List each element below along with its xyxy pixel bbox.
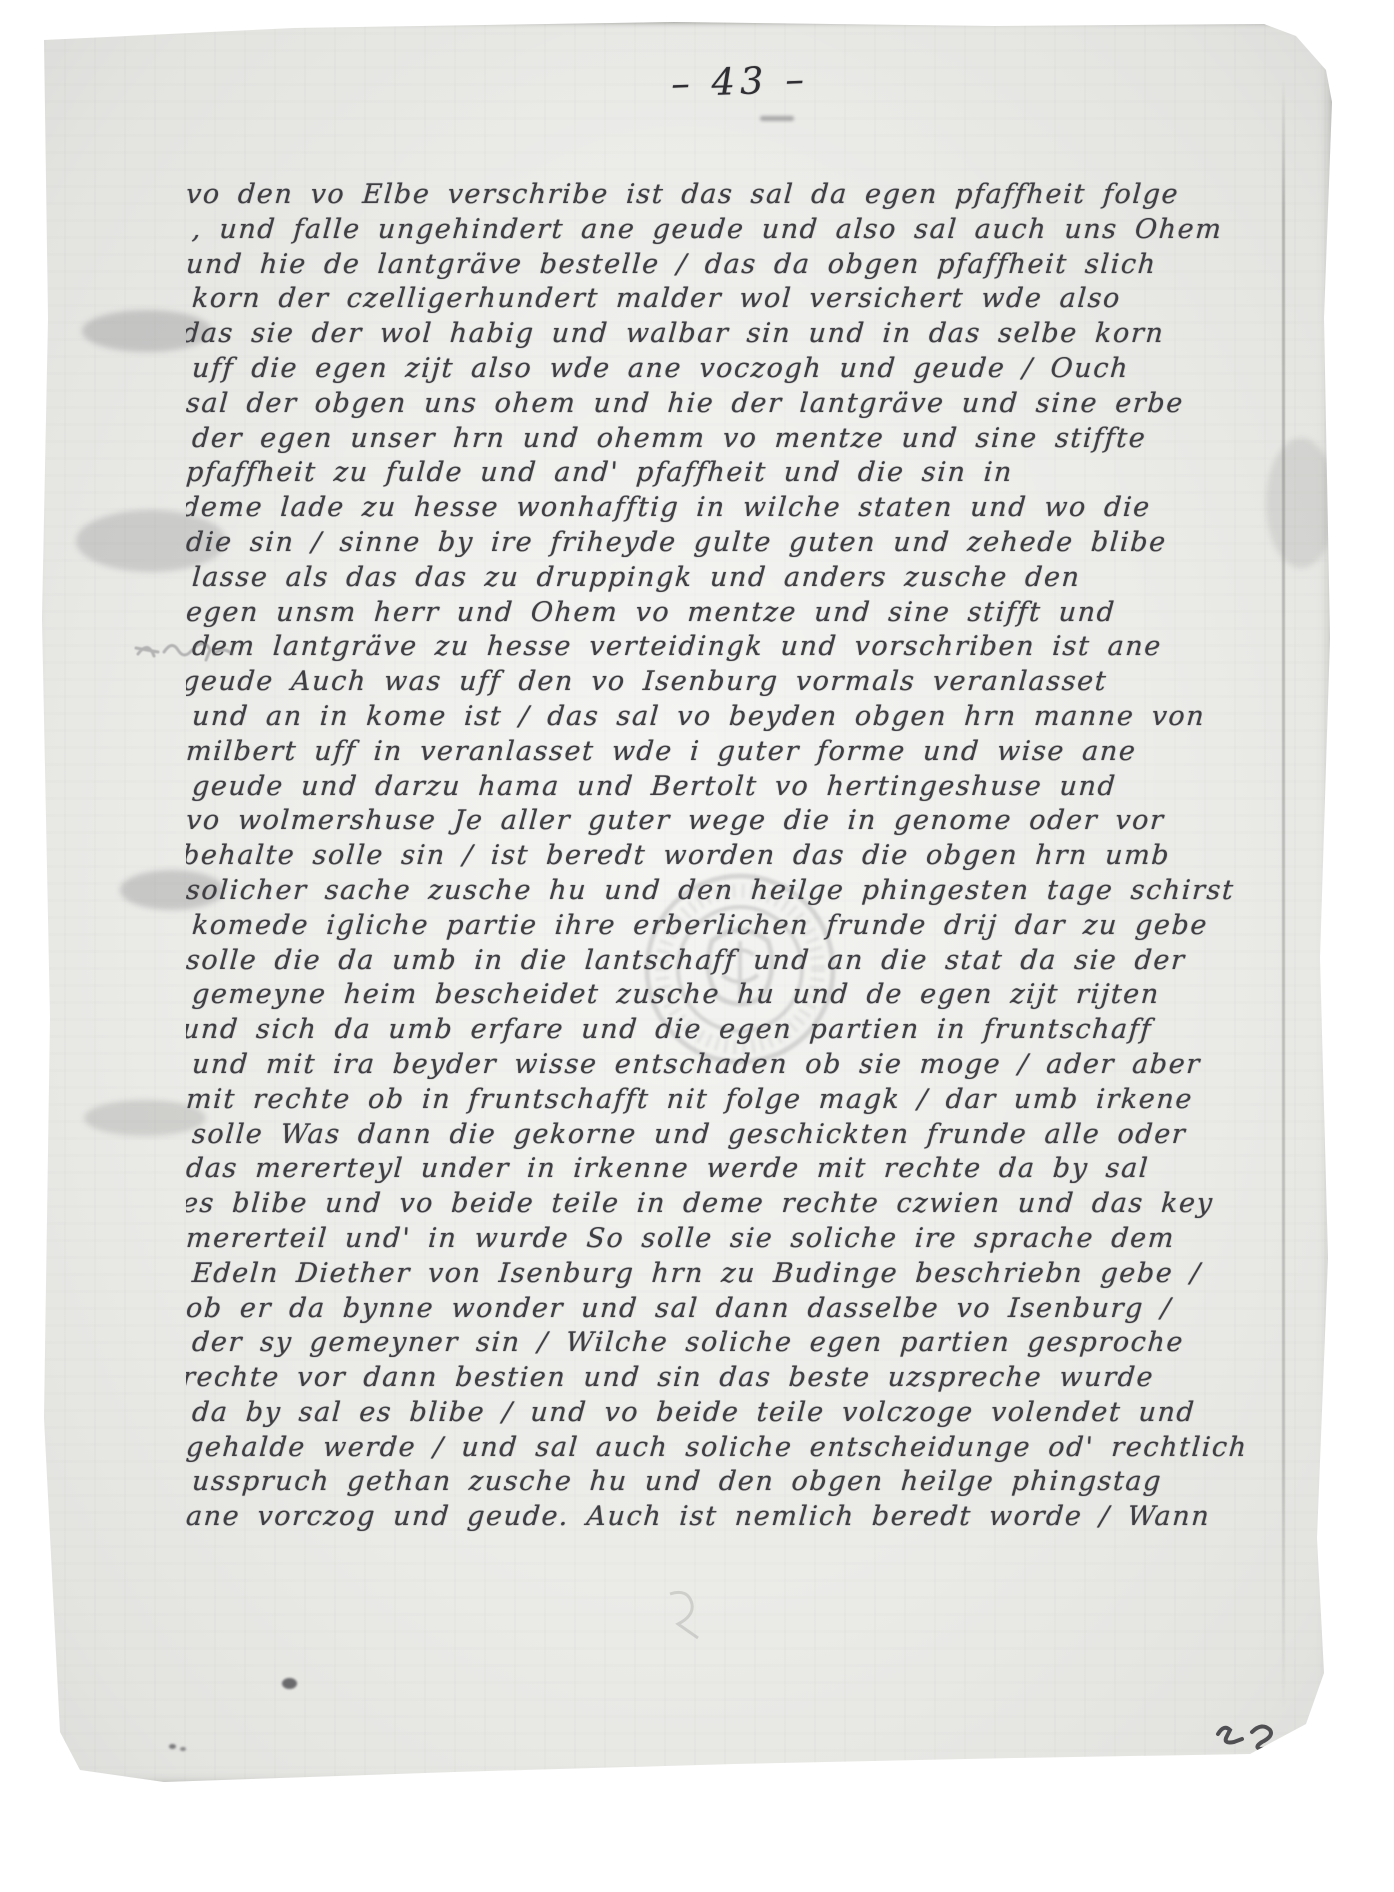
ink-spot	[180, 1747, 186, 1751]
manuscript-line: das sie der wol habig und walbar sin und…	[186, 317, 1244, 352]
ink-spot	[282, 1678, 297, 1689]
bleedthrough-stain	[1266, 438, 1336, 568]
manuscript-line: behalte solle sin / ist beredt worden da…	[186, 839, 1244, 874]
manuscript-line: die sin / sinne by ire friheyde gulte gu…	[186, 526, 1244, 561]
manuscript-line: solicher sache zusche hu und den heilge …	[186, 874, 1244, 909]
manuscript-line: usspruch gethan zusche hu und den obgen …	[191, 1465, 1244, 1500]
manuscript-line: es blibe und vo beide teile in deme rech…	[186, 1187, 1244, 1222]
manuscript-line: dem lantgräve zu hesse verteidingk und v…	[191, 630, 1244, 665]
manuscript-line: , und falle ungehindert ane geude und al…	[191, 213, 1244, 248]
manuscript-line: mit rechte ob in fruntschafft nit folge …	[186, 1083, 1244, 1118]
scan-background: { "page_number": "\u2013 43 \u2013", "ma…	[0, 0, 1394, 1892]
manuscript-line: und an in kome ist / das sal vo beyden o…	[191, 700, 1244, 735]
manuscript-line: pfaffheit zu fulde und and' pfaffheit un…	[186, 456, 1244, 491]
manuscript-line: komede igliche partie ihre erberlichen f…	[191, 909, 1244, 944]
manuscript-line: korn der czelligerhundert malder wol ver…	[191, 282, 1244, 317]
manuscript-line: gemeyne heim bescheidet zusche hu und de…	[191, 978, 1244, 1013]
text-block: vo den vo Elbe verschribe ist das sal da…	[186, 178, 1244, 1573]
manuscript-line: und mit ira beyder wisse entschaden ob s…	[191, 1048, 1244, 1083]
manuscript-line: da by sal es blibe / und vo beide teile …	[191, 1396, 1244, 1431]
manuscript-line: und hie de lantgräve bestelle / das da o…	[186, 248, 1244, 283]
manuscript-line: mererteil und' in wurde So solle sie sol…	[186, 1222, 1244, 1257]
pencil-squiggle	[658, 1586, 704, 1646]
manuscript-line: der sy gemeyner sin / Wilche soliche ege…	[191, 1326, 1244, 1361]
manuscript-line: egen unsm herr und Ohem vo mentze und si…	[186, 596, 1244, 631]
manuscript-page: – 43 – vo den vo Elbe verschribe ist das…	[34, 18, 1334, 1786]
page-number: – 43 –	[629, 56, 850, 107]
manuscript-line: ane vorczog und geude. Auch ist nemlich …	[186, 1500, 1244, 1535]
manuscript-line: gehalde werde / und sal auch soliche ent…	[186, 1431, 1244, 1466]
manuscript-line: vo wolmershuse Je aller guter wege die i…	[186, 804, 1244, 839]
manuscript-line: Edeln Diether von Isenburg hrn zu Buding…	[191, 1257, 1244, 1292]
manuscript-line: vo den vo Elbe verschribe ist das sal da…	[186, 178, 1244, 213]
manuscript-line: und sich da umb erfare und die egen part…	[186, 1013, 1244, 1048]
ink-spot	[169, 1744, 176, 1749]
manuscript-line: sal der obgen uns ohem und hie der lantg…	[186, 387, 1244, 422]
quire-mark	[1212, 1720, 1296, 1766]
manuscript-line: milbert uff in veranlasset wde i guter f…	[186, 735, 1244, 770]
manuscript-line: der egen unser hrn und ohemm vo mentze u…	[191, 422, 1244, 457]
manuscript-line: ob er da bynne wonder und sal dann dasse…	[186, 1292, 1244, 1327]
manuscript-line: geude und darzu hama und Bertolt vo hert…	[191, 770, 1244, 805]
manuscript-line: uff die egen zijt also wde ane voczogh u…	[191, 352, 1244, 387]
manuscript-line: lasse als das das zu druppingk und ander…	[191, 561, 1244, 596]
manuscript-line: das mererteyl under in irkenne werde mit…	[186, 1152, 1244, 1187]
manuscript-line: solle Was dann die gekorne und geschickt…	[191, 1118, 1244, 1153]
manuscript-line: deme lade zu hesse wonhafftig in wilche …	[186, 491, 1244, 526]
margin-annotation	[130, 624, 240, 680]
manuscript-line: solle die da umb in die lantschaff und a…	[186, 944, 1244, 979]
manuscript-line: rechte vor dann bestien und sin das best…	[186, 1361, 1244, 1396]
manuscript-line: geude Auch was uff den vo Isenburg vorma…	[186, 665, 1244, 700]
paper-fold-crease	[1282, 78, 1285, 1708]
ink-smudge	[760, 116, 794, 121]
